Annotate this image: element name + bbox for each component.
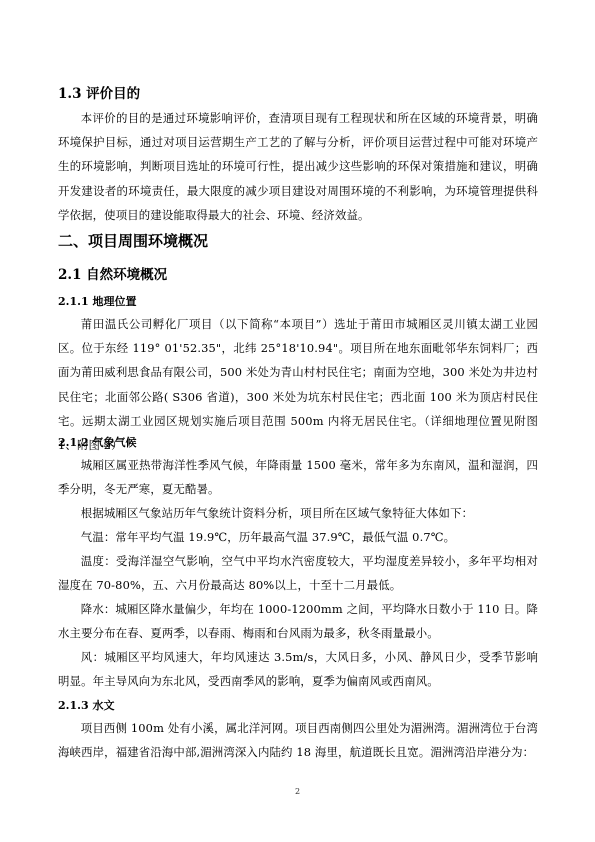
paragraph-climate-intro: 根据城厢区气象站历年气象统计资料分析，项目所在区域气象特征大体如下： xyxy=(58,501,538,525)
heading-1-3: 1.3 评价目的 xyxy=(58,82,140,102)
heading-2-1-3: 2.1.3 水文 xyxy=(58,697,114,713)
heading-2-1-1: 2.1.1 地理位置 xyxy=(58,293,136,309)
heading-chapter-2: 二、项目周围环境概况 xyxy=(58,230,208,251)
paragraph-evaluation-purpose: 本评价的目的是通过环境影响评价，查清项目现有工程现状和所在区域的环境背景，明确环… xyxy=(58,106,538,227)
paragraph-climate-overview: 城厢区属亚热带海洋性季风气候，年降雨量 1500 毫米，常年多为东南风，温和湿润… xyxy=(58,453,538,501)
heading-2-1: 2.1 自然环境概况 xyxy=(58,263,167,283)
page-number: 2 xyxy=(0,787,595,796)
paragraph-humidity: 温度：受海洋湿空气影响，空气中平均水汽密度较大，平均湿度差异较小，多年平均相对湿… xyxy=(58,549,538,597)
paragraph-wind: 风：城厢区平均风速大，年均风速达 3.5m/s，大风日多，小风、静风日少，受季节… xyxy=(58,645,538,693)
heading-2-1-2: 2.1.2 气象气候 xyxy=(58,434,136,450)
paragraph-temperature: 气温：常年平均气温 19.9℃，历年最高气温 37.9℃，最低气温 0.7℃。 xyxy=(58,525,538,549)
paragraph-precipitation: 降水：城厢区降水量偏少，年均在 1000-1200mm 之间，平均降水日数小于 … xyxy=(58,597,538,645)
paragraph-hydrology: 项目西侧 100m 处有小溪，属北洋河网。项目西南侧四公里处为湄洲湾。湄洲湾位于… xyxy=(58,716,538,764)
